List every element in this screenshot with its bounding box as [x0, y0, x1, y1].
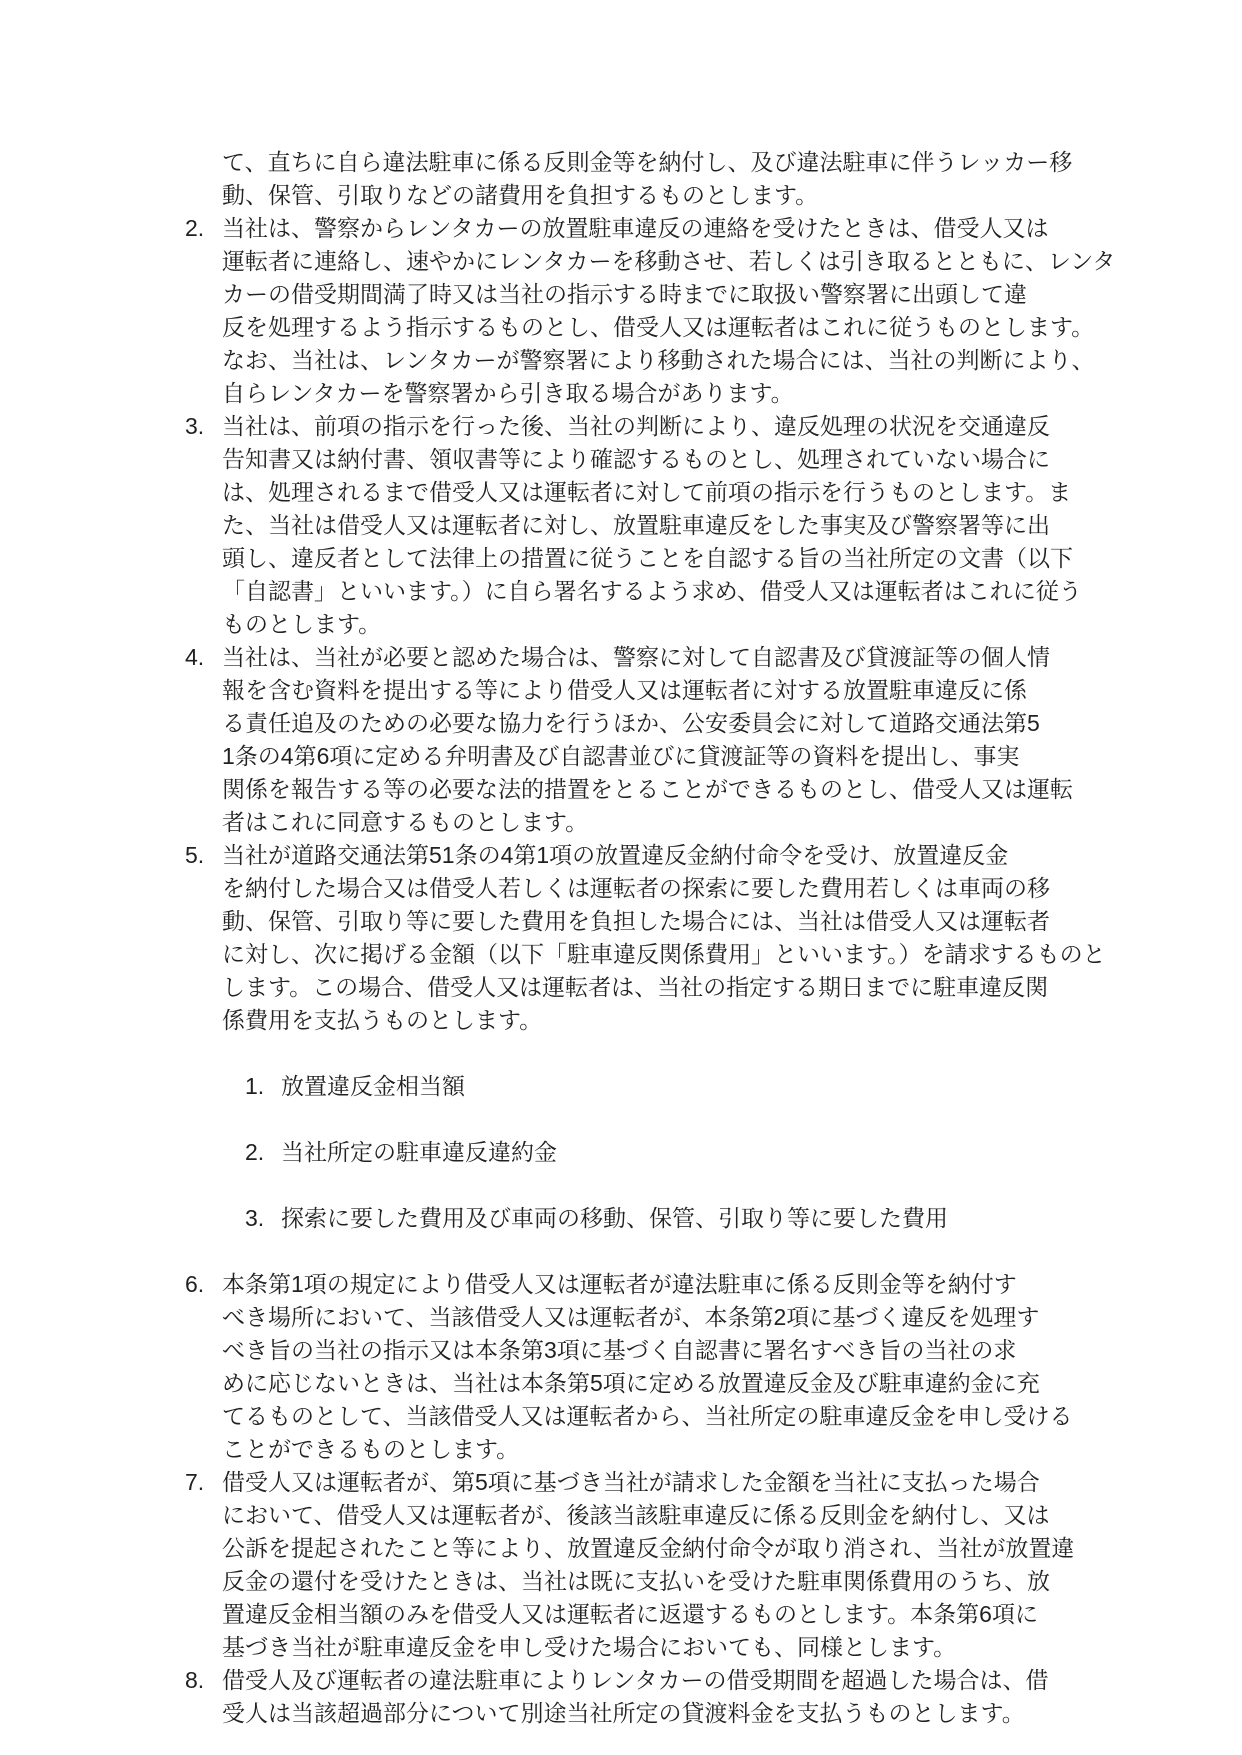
- list-item-3-text: 当社は、前項の指示を行った後、当社の判断により、違反処理の状況を交通違反 告知書…: [222, 410, 1172, 641]
- sub-item-3: 3. 探索に要した費用及び車両の移動、保管、引取り等に要した費用: [245, 1202, 1172, 1235]
- list-item-8: 8. 借受人及び運転者の違法駐車によりレンタカーの借受期間を超過した場合は、借 …: [185, 1664, 1172, 1730]
- list-item-5-number: 5.: [185, 839, 222, 872]
- list-item-7-text: 借受人又は運転者が、第5項に基づき当社が請求した金額を当社に支払った場合 におい…: [222, 1466, 1172, 1664]
- sub-item-3-text: 探索に要した費用及び車両の移動、保管、引取り等に要した費用: [281, 1202, 1172, 1235]
- list-item-6: 6. 本条第1項の規定により借受人又は運転者が違法駐車に係る反則金等を納付す べ…: [185, 1268, 1172, 1466]
- list-item-5-body: 当社が道路交通法第51条の4第1項の放置違反金納付命令を受け、放置違反金 を納付…: [222, 839, 1172, 1268]
- paragraph-continuation-text: て、直ちに自ら違法駐車に係る反則金等を納付し、及び違法駐車に伴うレッカー移 動、…: [222, 146, 1172, 212]
- document-page: て、直ちに自ら違法駐車に係る反則金等を納付し、及び違法駐車に伴うレッカー移 動、…: [0, 0, 1242, 1755]
- list-item-2-number: 2.: [185, 212, 222, 245]
- sub-item-2: 2. 当社所定の駐車違反違約金: [245, 1136, 1172, 1169]
- sub-item-1-text: 放置違反金相当額: [281, 1070, 1172, 1103]
- list-item-5-text: 当社が道路交通法第51条の4第1項の放置違反金納付命令を受け、放置違反金 を納付…: [222, 842, 1106, 1033]
- list-item-5: 5. 当社が道路交通法第51条の4第1項の放置違反金納付命令を受け、放置違反金 …: [185, 839, 1172, 1268]
- list-item-2-text: 当社は、警察からレンタカーの放置駐車違反の連絡を受けたときは、借受人又は 運転者…: [222, 212, 1172, 410]
- list-item-4-number: 4.: [185, 641, 222, 674]
- sub-item-2-number: 2.: [245, 1136, 281, 1169]
- list-item-3-number: 3.: [185, 410, 222, 443]
- list-item-7-number: 7.: [185, 1466, 222, 1499]
- list-item-8-text: 借受人及び運転者の違法駐車によりレンタカーの借受期間を超過した場合は、借 受人は…: [222, 1664, 1172, 1730]
- sub-item-1-number: 1.: [245, 1070, 281, 1103]
- list-item-5-sublist: 1. 放置違反金相当額 2. 当社所定の駐車違反違約金 3. 探索に要した費用及…: [222, 1037, 1172, 1268]
- list-item-6-number: 6.: [185, 1268, 222, 1301]
- paragraph-continuation: て、直ちに自ら違法駐車に係る反則金等を納付し、及び違法駐車に伴うレッカー移 動、…: [185, 146, 1172, 212]
- sub-item-3-number: 3.: [245, 1202, 281, 1235]
- list-item-6-text: 本条第1項の規定により借受人又は運転者が違法駐車に係る反則金等を納付す べき場所…: [222, 1268, 1172, 1466]
- list-item-4: 4. 当社は、当社が必要と認めた場合は、警察に対して自認書及び貸渡証等の個人情 …: [185, 641, 1172, 839]
- terms-text-block: て、直ちに自ら違法駐車に係る反則金等を納付し、及び違法駐車に伴うレッカー移 動、…: [185, 146, 1172, 1730]
- list-item-7: 7. 借受人又は運転者が、第5項に基づき当社が請求した金額を当社に支払った場合 …: [185, 1466, 1172, 1664]
- list-item-2: 2. 当社は、警察からレンタカーの放置駐車違反の連絡を受けたときは、借受人又は …: [185, 212, 1172, 410]
- list-item-4-text: 当社は、当社が必要と認めた場合は、警察に対して自認書及び貸渡証等の個人情 報を含…: [222, 641, 1172, 839]
- sub-item-2-text: 当社所定の駐車違反違約金: [281, 1136, 1172, 1169]
- list-item-8-number: 8.: [185, 1664, 222, 1697]
- list-item-3: 3. 当社は、前項の指示を行った後、当社の判断により、違反処理の状況を交通違反 …: [185, 410, 1172, 641]
- sub-item-1: 1. 放置違反金相当額: [245, 1070, 1172, 1103]
